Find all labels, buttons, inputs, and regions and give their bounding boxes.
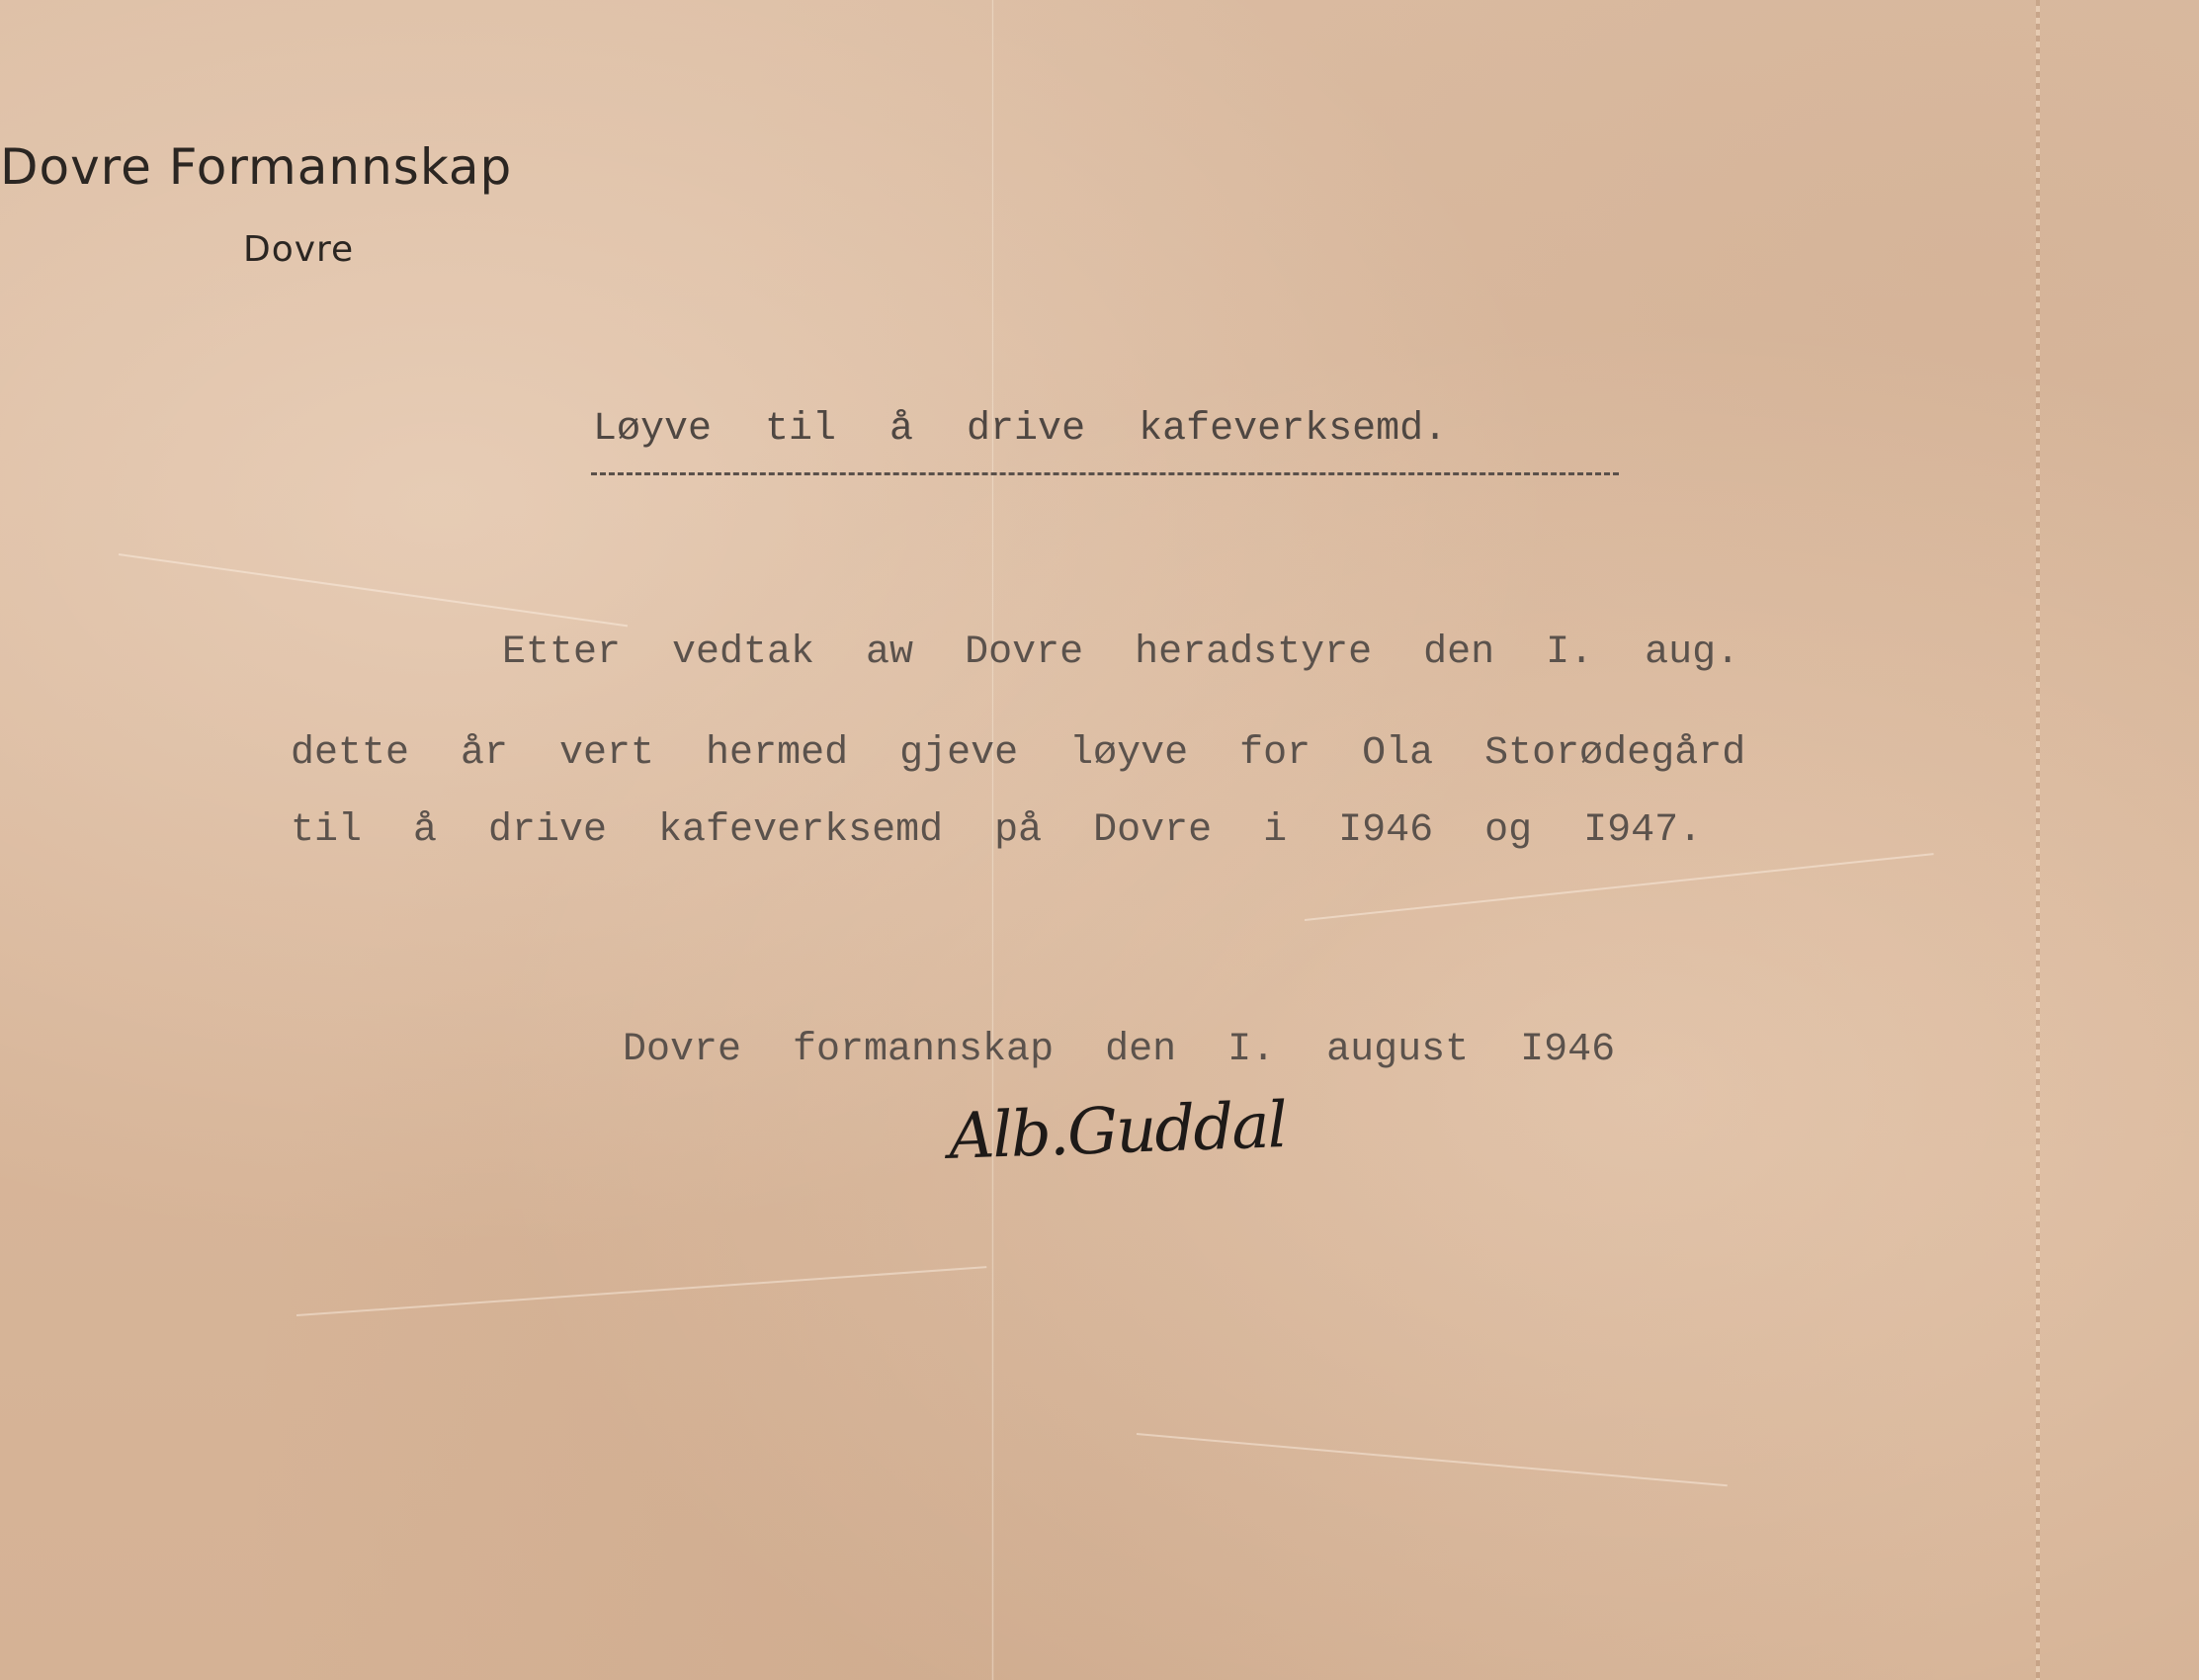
handwritten-signature: Alb.Guddal [948, 1089, 1287, 1174]
body-line: dette år vert hermed gjeve løyve for Ola… [291, 731, 1745, 776]
right-tear-edge [2036, 0, 2040, 1680]
letterhead-place: Dovre [243, 229, 354, 270]
document-heading: Løyve til å drive kafeverksemd. [593, 407, 1447, 452]
dateline: Dovre formannskap den I. august I946 [623, 1028, 1615, 1072]
body-line: til å drive kafeverksemd på Dovre i I946… [291, 808, 1702, 853]
body-line: Etter vedtak aw Dovre heradstyre den I. … [502, 630, 1739, 675]
letterhead-organization: Dovre Formannskap [0, 138, 512, 196]
heading-underline [591, 472, 1619, 475]
